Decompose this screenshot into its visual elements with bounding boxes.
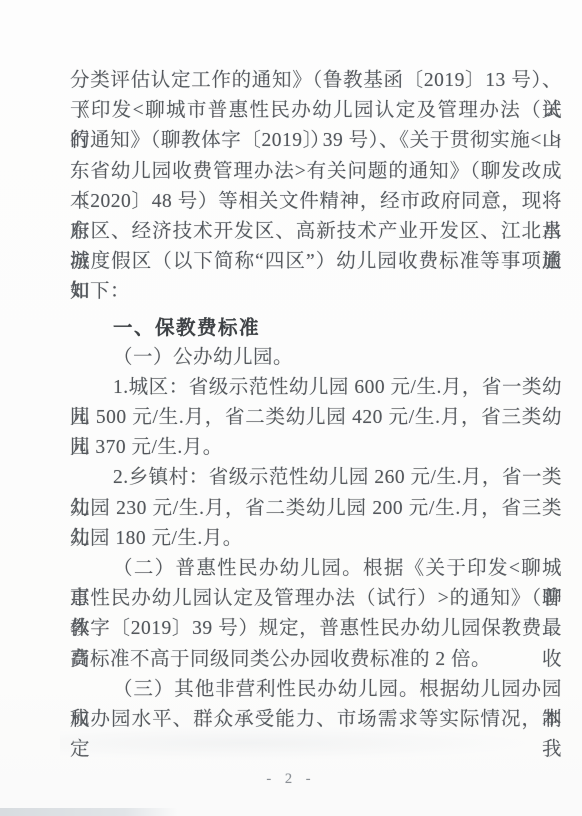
text-line: 儿园 180 元/生.月。 — [70, 524, 562, 554]
text-line: 府区、经济技术开发区、高新技术产业开发区、江北水城旅 — [70, 217, 562, 247]
text-line: 体字〔2019〕39 号）规定，普惠性民办幼儿园保教费最高收 — [70, 614, 562, 644]
text-line: 于印发<聊城市普惠性民办幼儿园认定及管理办法（试行）> — [70, 96, 562, 126]
text-line: （一）公办幼儿园。 — [70, 343, 562, 373]
text-line: 2.乡镇村：省级示范性幼儿园 260 元/生.月，省一类幼 — [70, 463, 562, 493]
text-line: 东省幼儿园收费管理办法>有关问题的通知》（聊发改成本 — [70, 157, 562, 187]
text-line: 园 500 元/生.月，省二类幼儿园 420 元/生.月，省三类幼儿 — [70, 403, 562, 433]
text-line: 1.城区：省级示范性幼儿园 600 元/生.月，省一类幼儿 — [70, 373, 562, 403]
scan-artifact-edge — [0, 808, 178, 816]
text-line: 分类评估认定工作的通知》（鲁教基函〔2019〕13 号）、《关 — [70, 66, 562, 96]
scan-artifact-haze — [60, 726, 530, 760]
page-number: - 2 - — [0, 771, 582, 788]
text-line: 如下： — [70, 277, 562, 307]
text-line: 儿园 230 元/生.月，省二类幼儿园 200 元/生.月，省三类幼 — [70, 494, 562, 524]
text-line: （二）普惠性民办幼儿园。根据《关于印发<聊城市普 — [70, 554, 562, 584]
text-line: 〔2020〕48 号）等相关文件精神，经市政府同意，现将东昌 — [70, 187, 562, 217]
text-line: 园 370 元/生.月。 — [70, 433, 562, 463]
document-body: 分类评估认定工作的通知》（鲁教基函〔2019〕13 号）、《关于印发<聊城市普惠… — [70, 66, 562, 735]
section-heading: 一、保教费标准 — [70, 313, 562, 343]
text-line: 游度假区（以下简称“四区”）幼儿园收费标准等事项通知 — [70, 247, 562, 277]
text-line: （三）其他非营利性民办幼儿园。根据幼儿园办园成本 — [70, 675, 562, 705]
text-line: 费标准不高于同级同类公办园收费标准的 2 倍。 — [70, 645, 562, 675]
text-line: 的通知》（聊教体字〔2019〕39 号）、《关于贯彻实施<山 — [70, 126, 562, 156]
text-line: 惠性民办幼儿园认定及管理办法（试行）>的通知》（聊教 — [70, 584, 562, 614]
document-page: 分类评估认定工作的通知》（鲁教基函〔2019〕13 号）、《关于印发<聊城市普惠… — [0, 0, 582, 816]
